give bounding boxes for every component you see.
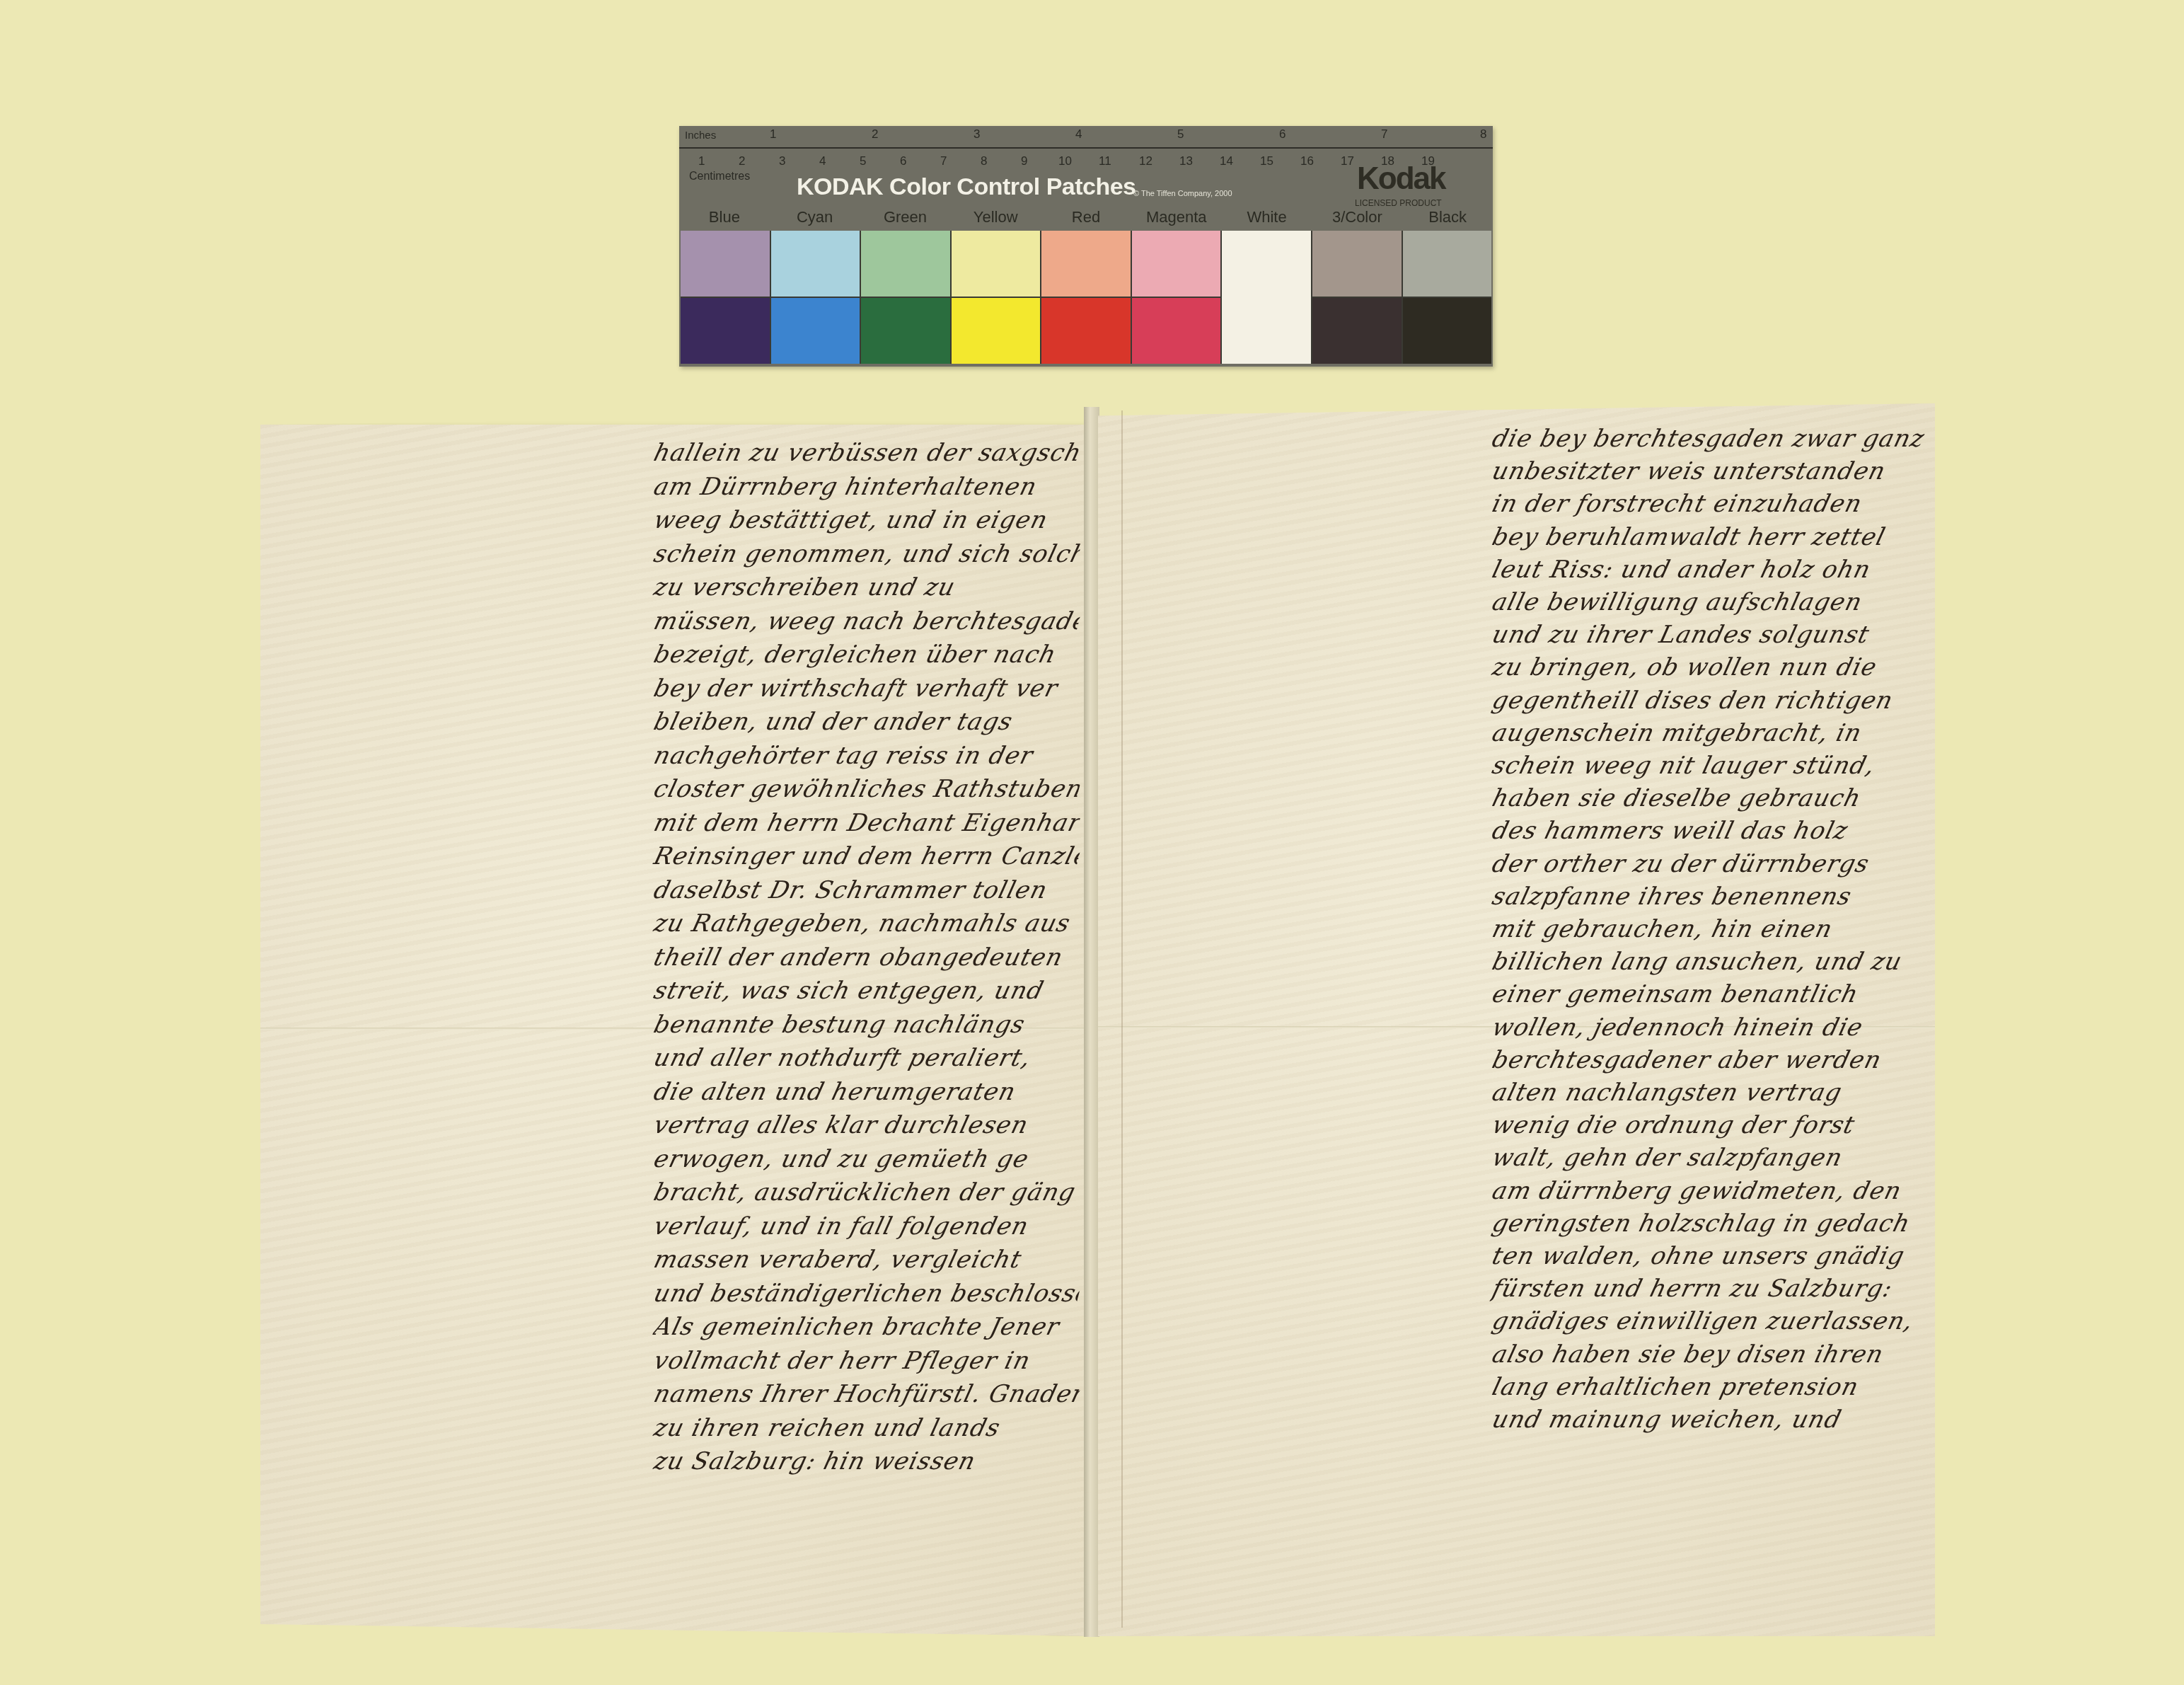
cm-mark: 10	[1058, 154, 1072, 168]
patch-label: Black	[1402, 208, 1493, 229]
handwritten-line: alten nachlangsten vertrag	[1489, 1079, 1935, 1107]
chart-title: KODAK Color Control Patches	[797, 173, 1136, 201]
patch-light	[1403, 231, 1492, 297]
handwritten-line: also haben sie bey disen ihren	[1489, 1340, 1935, 1369]
patch-magenta	[1132, 231, 1221, 364]
handwritten-line: die alten und herumgeraten	[651, 1078, 1082, 1106]
handwritten-line: lang erhaltlichen pretension	[1489, 1373, 1935, 1401]
handwritten-line: zu ihren reichen und lands	[651, 1414, 1082, 1442]
cm-mark: 15	[1260, 154, 1273, 168]
patch-light	[1312, 231, 1402, 297]
inch-ruler: Inches 1 2 3 4 5 6 7 8	[679, 126, 1493, 149]
handwritten-line: salzpfanne ihres benennens	[1489, 882, 1935, 911]
handwritten-line: zu Salzburg: hin weissen	[651, 1447, 1082, 1476]
handwritten-line: verlauf, und in fall folgenden	[651, 1212, 1082, 1241]
handwritten-line: wenig die ordnung der forst	[1489, 1111, 1935, 1139]
patch-dark	[771, 298, 860, 364]
handwritten-line: zu bringen, ob wollen nun die	[1489, 653, 1935, 682]
handwritten-line: geringsten holzschlag in gedach	[1489, 1209, 1935, 1238]
handwritten-line: bleiben, und der ander tags	[651, 708, 1082, 736]
patch-dark	[1403, 298, 1492, 364]
cm-mark: 9	[1021, 154, 1027, 168]
inch-mark: 6	[1279, 127, 1285, 142]
patch-label: Yellow	[950, 208, 1041, 229]
handwritten-line: zu Rathgegeben, nachmahls aus	[651, 909, 1082, 938]
cm-mark: 5	[860, 154, 866, 168]
handwritten-line: erwogen, und zu gemüeth ge	[651, 1145, 1082, 1173]
cm-mark: 2	[739, 154, 745, 168]
handwritten-line: benannte bestung nachlängs	[651, 1011, 1082, 1039]
handwritten-line: bey beruhlamwaldt herr zettel	[1489, 523, 1935, 551]
handwritten-line: der orther zu der dürrnbergs	[1489, 850, 1935, 878]
patch-light	[861, 231, 950, 297]
handwritten-line: bezeigt, dergleichen über nach	[651, 640, 1082, 669]
handwritten-line: ten walden, ohne unsers gnädig	[1489, 1242, 1935, 1270]
handwritten-line: berchtesgadener aber werden	[1489, 1046, 1935, 1074]
inches-label: Inches	[685, 130, 716, 142]
handwritten-line: Als gemeinlichen brachte Jener	[651, 1313, 1082, 1341]
handwritten-line: in der forstrecht einzuhaden	[1489, 490, 1935, 518]
cm-mark: 7	[940, 154, 947, 168]
kodak-logo: Kodak	[1357, 161, 1445, 197]
patch-light	[1222, 231, 1311, 364]
cm-mark: 1	[698, 154, 705, 168]
patch-yellow	[952, 231, 1041, 364]
handwritten-line: und beständigerlichen beschlossen.	[651, 1279, 1082, 1308]
handwritten-line: theill der andern obangedeuten	[651, 943, 1082, 972]
handwritten-line: wollen, jedennoch hinein die	[1489, 1013, 1935, 1042]
handwritten-line: massen veraberd, vergleicht	[651, 1246, 1082, 1274]
patch-blue	[681, 231, 770, 364]
patch-label: 3/Color	[1312, 208, 1402, 229]
patch-light	[771, 231, 860, 297]
handwritten-line: unbesitzter weis unterstanden	[1489, 457, 1935, 485]
licensed-product-text: LICENSED PRODUCT	[1355, 198, 1442, 208]
handwritten-line: alle bewilligung aufschlagen	[1489, 588, 1935, 616]
patch-dark	[1312, 298, 1402, 364]
handwritten-line: weeg bestättiget, und in eigen	[651, 506, 1082, 534]
spine-fold	[1084, 407, 1099, 1637]
patch-black	[1403, 231, 1492, 364]
patch-label: Green	[860, 208, 951, 229]
patch-label: White	[1222, 208, 1312, 229]
handwritten-line: Reinsinger und dem herrn Canzler	[651, 842, 1082, 870]
patch-dark	[1041, 298, 1131, 364]
handwritten-line: vertrag alles klar durchlesen	[651, 1111, 1082, 1139]
handwritten-line: daselbst Dr. Schrammer tollen	[651, 876, 1082, 904]
handwritten-line: und aller nothdurft peraliert,	[651, 1044, 1082, 1072]
handwritten-line: bey der wirthschaft verhaft ver	[651, 674, 1082, 703]
cm-mark: 6	[900, 154, 906, 168]
handwritten-line: schein genommen, und sich solchem	[651, 540, 1082, 568]
color-patches	[681, 231, 1491, 364]
cm-mark: 12	[1139, 154, 1152, 168]
cm-mark: 3	[779, 154, 785, 168]
cm-mark: 14	[1220, 154, 1233, 168]
cm-mark: 17	[1341, 154, 1354, 168]
cm-mark: 8	[981, 154, 987, 168]
handwritten-line: des hammers weill das holz	[1489, 817, 1935, 845]
handwritten-line: gegentheill dises den richtigen	[1489, 686, 1935, 715]
handwritten-line: namens Ihrer Hochfürstl. Gnaden	[651, 1380, 1082, 1408]
patch-cyan	[771, 231, 860, 364]
patch-dark	[861, 298, 950, 364]
patch-label: Magenta	[1131, 208, 1222, 229]
patch-3-color	[1312, 231, 1402, 364]
inch-mark: 2	[872, 127, 878, 142]
patch-light	[1041, 231, 1131, 297]
handwritten-line: leut Riss: und ander holz ohn	[1489, 556, 1935, 584]
handwritten-line: die bey berchtesgaden zwar ganz	[1489, 425, 1935, 453]
handwritten-line: zu verschreiben und zu	[651, 573, 1082, 602]
handwritten-line: am Dürrnberg hinterhaltenen	[651, 473, 1082, 501]
cm-mark: 16	[1300, 154, 1314, 168]
handwritten-line: und zu ihrer Landes solgunst	[1489, 621, 1935, 649]
cm-mark: 4	[819, 154, 826, 168]
margin-crease	[1121, 410, 1123, 1628]
handwritten-line: streit, was sich entgegen, und	[651, 977, 1082, 1005]
patch-red	[1041, 231, 1131, 364]
handwritten-line: closter gewöhnliches Rathstuben	[651, 775, 1082, 803]
inch-mark: 7	[1381, 127, 1387, 142]
handwritten-line: fürsten und herrn zu Salzburg:	[1489, 1275, 1935, 1303]
handwritten-line: augenschein mitgebracht, in	[1489, 719, 1935, 747]
handwritten-line: am dürrnberg gewidmeten, den	[1489, 1177, 1935, 1205]
patch-light	[1132, 231, 1221, 297]
handwritten-line: einer gemeinsam benantlich	[1489, 980, 1935, 1008]
inch-mark: 3	[973, 127, 980, 142]
patch-white	[1222, 231, 1311, 364]
handwritten-line: hallein zu verbüssen der saxgschmiden	[651, 439, 1082, 467]
copyright-text: © The Tiffen Company, 2000	[1133, 190, 1232, 198]
handwritten-line: vollmacht der herr Pfleger in	[651, 1347, 1082, 1375]
inch-mark: 1	[770, 127, 776, 142]
patch-dark	[952, 298, 1041, 364]
patch-dark	[1132, 298, 1221, 364]
patch-green	[861, 231, 950, 364]
cm-mark: 13	[1179, 154, 1193, 168]
centimetres-label: Centimetres	[689, 171, 750, 183]
patch-label: Cyan	[770, 208, 860, 229]
inch-mark: 5	[1177, 127, 1184, 142]
handwritten-line: schein weeg nit lauger stünd,	[1489, 752, 1935, 780]
handwritten-line: müssen, weeg nach berchtesgaden	[651, 607, 1082, 636]
patch-label: Blue	[679, 208, 770, 229]
handwritten-line: billichen lang ansuchen, und zu	[1489, 948, 1935, 976]
handwritten-line: mit dem herrn Dechant Eigenhart	[651, 809, 1082, 837]
patch-dark	[681, 298, 770, 364]
cm-mark: 11	[1099, 154, 1111, 168]
inch-mark: 8	[1480, 127, 1486, 142]
patch-light	[681, 231, 770, 297]
handwritten-line: nachgehörter tag reiss in der	[651, 742, 1082, 770]
handwritten-line: und mainung weichen, und	[1489, 1405, 1935, 1434]
handwritten-line: mit gebrauchen, hin einen	[1489, 915, 1935, 943]
color-control-strip: Inches 1 2 3 4 5 6 7 8 1 2 3 4 5 6 7 8 9…	[679, 126, 1493, 367]
handwritten-line: gnädiges einwilligen zuerlassen,	[1489, 1307, 1935, 1335]
handwritten-line: haben sie dieselbe gebrauch	[1489, 784, 1935, 812]
inch-mark: 4	[1075, 127, 1082, 142]
handwritten-line: bracht, ausdrücklichen der gäng	[651, 1178, 1082, 1207]
handwritten-line: walt, gehn der salzpfangen	[1489, 1144, 1935, 1172]
patch-labels: Blue Cyan Green Yellow Red Magenta White…	[679, 208, 1493, 229]
patch-light	[952, 231, 1041, 297]
patch-label: Red	[1041, 208, 1131, 229]
